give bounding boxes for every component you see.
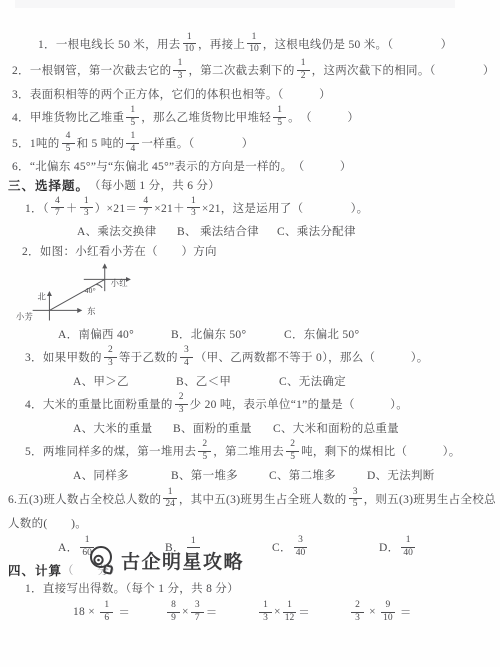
text-segment: 2．如图：小红看小芳在（ ）方向 (22, 243, 217, 259)
watermark-text: 古企明星攻略 (121, 547, 244, 574)
option-item: D．140 (379, 535, 486, 558)
text-segment: A．南偏西 40° (58, 326, 134, 342)
text-segment: 吨，剩下的煤相比（ ）。 (301, 443, 460, 459)
text-segment: 4．甲堆货物比乙堆重 (12, 109, 124, 125)
text-segment: ）×21＝ (95, 200, 138, 216)
text-segment: 三、选择题。 (8, 176, 89, 194)
option-item: B、第一堆多 (171, 467, 269, 483)
text-segment: ，第二堆用去 (213, 443, 284, 459)
judge-question-1: 1．一根电线长 50 米，用去110，再接上110，这根电线仍是 50 米。（ … (38, 30, 500, 57)
fraction: 112 (283, 600, 297, 623)
choice-question-3-options: A、甲＞乙B、乙＜甲C、无法确定 (73, 370, 500, 391)
text-segment: B、 乘法结合律 (177, 223, 259, 239)
text-segment: 3．表面积相等的两个正方体，它们的体积也相等。（ ） (12, 86, 331, 102)
calc-instruction: 1．直接写出得数。（每个 1 分，共 8 分） (25, 579, 500, 597)
option-item: 23 × 910 ＝ (349, 600, 441, 623)
judge-question-5: 5．1吨的45和 5 吨的14一样重。（ ） (12, 130, 500, 156)
text-segment: 5．1吨的 (12, 135, 60, 151)
text-segment: B、面粉的重量 (173, 420, 252, 436)
option-item: 18 × 16 ＝ (73, 600, 165, 623)
option-item: 13×112＝ (257, 600, 349, 623)
fraction: 89 (167, 600, 180, 623)
text-segment: ＝ (397, 604, 412, 620)
text-segment: D、无法判断 (367, 467, 435, 483)
text-segment: 4．大米的重量比面粉重量的 (25, 396, 173, 412)
fraction: 37 (191, 600, 204, 623)
exam-paper-page: 1．一根电线长 50 米，用去110，再接上110，这根电线仍是 50 米。（ … (0, 0, 500, 667)
section-header-calc-line: 四、计算（ 分） 古企明星攻略 (8, 561, 500, 579)
direction-diagram-svg: 北 东 小芳 小红 40° (8, 261, 178, 323)
text-segment: C、乘法分配律 (277, 223, 356, 239)
text-segment: 四、计算 (8, 561, 62, 579)
fraction: 12 (297, 58, 310, 81)
watermark: 古企明星攻略 (88, 544, 244, 576)
option-item: C、大米和面粉的总重量 (273, 420, 399, 436)
text-segment: ×21，这是运用了（ ）。 (202, 200, 369, 216)
text-segment: 6.五(3)班人数占全校总人数的 (8, 491, 161, 507)
text-segment: C． (272, 539, 292, 555)
fraction: 15 (126, 105, 139, 128)
east-label: 东 (87, 306, 96, 316)
text-segment: A、乘法交换律 (77, 223, 156, 239)
text-segment: C、大米和面粉的总重量 (273, 420, 399, 436)
fraction: 23 (104, 345, 117, 368)
option-item: B、 乘法结合律 (177, 223, 277, 239)
fraction: 13 (259, 600, 272, 623)
text-segment: 2．一根钢管，第一次截去它的 (12, 62, 171, 78)
choice-question-5: 5．两堆同样多的煤，第一堆用去25，第二堆用去25吨，剩下的煤相比（ ）。 (25, 438, 500, 464)
option-item: C．340 (272, 535, 379, 558)
option-item: A、甲＞乙 (73, 373, 176, 389)
text-segment: 3．如果甲数的 (25, 349, 102, 365)
fraction: 13 (80, 196, 93, 219)
text-segment: 人数的( )。 (8, 515, 87, 531)
fraction: 25 (198, 439, 211, 462)
text-segment: B．北偏东 50° (171, 326, 246, 342)
text-segment: （甲、乙两数都不等于 0），那么（ ）。 (195, 349, 429, 365)
text-segment: ，那么乙堆货物比甲堆轻 (141, 109, 271, 125)
xiaofang-label: 小芳 (16, 312, 33, 322)
fraction: 25 (286, 439, 299, 462)
text-segment: A、大米的重量 (73, 420, 152, 436)
fraction: 13 (187, 196, 200, 219)
fraction: 13 (173, 58, 186, 81)
choice-question-2: 2．如图：小红看小芳在（ ）方向 (22, 241, 500, 261)
text-segment: × (366, 606, 379, 618)
option-item: C、乘法分配律 (277, 223, 377, 239)
fraction: 16 (100, 600, 113, 623)
mascot-magnifier-icon (88, 544, 118, 576)
text-segment: 一样重。（ ） (141, 135, 253, 151)
fraction: 124 (163, 487, 177, 510)
text-segment: ×21＋ (154, 200, 185, 216)
choice-question-4-options: A、大米的重量B、面粉的重量C、大米和面粉的总重量 (73, 417, 500, 438)
text-segment: 6．“北偏东 45°”与“东偏北 45°”表示的方向是一样的。 （ ） (12, 158, 352, 174)
xiaohong-label: 小红 (111, 278, 129, 288)
text-segment: ，第二次截去剩下的 (188, 62, 294, 78)
judge-question-3: 3．表面积相等的两个正方体，它们的体积也相等。（ ） (12, 83, 500, 104)
option-item: B、乙＜甲 (176, 373, 279, 389)
choice-question-1: 1．（47＋13）×21＝47×21＋13×21，这是运用了（ ）。 (25, 194, 500, 221)
fraction: 340 (294, 535, 308, 558)
text-segment: 。 （ ） (288, 109, 359, 125)
angle-label: 40° (85, 286, 96, 295)
text-segment: A． (58, 539, 78, 555)
option-item: A．南偏西 40° (58, 326, 171, 342)
fraction: 35 (349, 487, 362, 510)
text-segment: 18 × (73, 606, 98, 618)
option-item: A、大米的重量 (73, 420, 173, 436)
text-segment: ＝ (115, 604, 130, 620)
text-segment: A、同样多 (73, 467, 129, 483)
option-item: A、同样多 (73, 467, 171, 483)
text-segment: 等于乙数的 (119, 349, 178, 365)
choice-question-5-options: A、同样多B、第一堆多C、第二堆多D、无法判断 (73, 464, 500, 485)
text-segment: 少 20 吨，表示单位“1”的量是（ ）。 (190, 396, 408, 412)
judge-question-4: 4．甲堆货物比乙堆重15，那么乙堆货物比甲堆轻15。 （ ） (12, 104, 500, 130)
direction-diagram: 北 东 小芳 小红 40° (8, 261, 500, 323)
judge-question-6: 6．“北偏东 45°”与“东偏北 45°”表示的方向是一样的。 （ ） (12, 156, 500, 176)
option-item: 89×37＝ (165, 600, 257, 623)
option-item: B、面粉的重量 (173, 420, 273, 436)
option-item: C、无法确定 (279, 373, 382, 389)
text-segment: B、第一堆多 (171, 467, 238, 483)
fraction: 34 (180, 345, 193, 368)
text-segment: × (274, 606, 281, 618)
choice-question-1-options: A、乘法交换律B、 乘法结合律C、乘法分配律 (77, 221, 500, 241)
text-segment: × (182, 606, 189, 618)
text-segment: C、无法确定 (279, 373, 346, 389)
text-segment: 和 5 吨的 (77, 135, 125, 151)
text-segment: C．东偏北 50° (284, 326, 359, 342)
text-segment: ，这根电线仍是 50 米。（ ） (263, 36, 453, 52)
text-segment: B、乙＜甲 (176, 373, 231, 389)
text-segment: ，其中五(3)班男生占全班人数的 (179, 491, 347, 507)
fraction: 45 (62, 131, 75, 154)
exam-content: 1．一根电线长 50 米，用去110，再接上110，这根电线仍是 50 米。（ … (0, 0, 500, 627)
text-segment: C、第二堆多 (269, 467, 336, 483)
choice-question-4: 4．大米的重量比面粉重量的23少 20 吨，表示单位“1”的量是（ ）。 (25, 391, 500, 417)
calc-exercise-row: 18 × 16 ＝89×37＝13×112＝23 × 910 ＝ (73, 597, 500, 627)
fraction: 910 (381, 600, 395, 623)
choice-question-3: 3．如果甲数的23等于乙数的34（甲、乙两数都不等于 0），那么（ ）。 (25, 344, 500, 370)
choice-question-6-line1: 6.五(3)班人数占全校总人数的124，其中五(3)班男生占全班人数的35，则五… (8, 485, 500, 512)
text-segment: ，再接上 (198, 36, 245, 52)
fraction: 110 (247, 32, 261, 55)
text-segment: ＝ (298, 604, 310, 620)
judge-question-2: 2．一根钢管，第一次截去它的13，第二次截去剩下的12，这两次截下的相同。（ ） (12, 57, 500, 83)
section-header-choice: 三、选择题。（每小题 1 分，共 6 分） (8, 176, 500, 194)
fraction: 110 (183, 32, 197, 55)
option-item: C、第二堆多 (269, 467, 367, 483)
fraction: 15 (273, 105, 286, 128)
option-item: C．东偏北 50° (284, 326, 397, 342)
option-item: D、无法判断 (367, 467, 465, 483)
text-segment: 1．（ (25, 200, 49, 216)
north-label: 北 (37, 292, 46, 302)
text-segment: A、甲＞乙 (73, 373, 129, 389)
text-segment: ，这两次截下的相同。（ ） (312, 62, 495, 78)
choice-question-2-options: A．南偏西 40°B．北偏东 50°C．东偏北 50° (58, 323, 500, 344)
fraction: 23 (175, 392, 188, 415)
text-segment: 1．一根电线长 50 米，用去 (38, 36, 181, 52)
text-segment: ，则五(3)班男生占全校总 (364, 491, 496, 507)
text-segment: ＋ (66, 200, 78, 216)
text-segment: （每小题 1 分，共 6 分） (89, 177, 220, 193)
text-segment: D． (379, 539, 399, 555)
option-item: A、乘法交换律 (77, 223, 177, 239)
fraction: 14 (126, 131, 139, 154)
fraction: 47 (139, 196, 152, 219)
fraction: 47 (51, 196, 64, 219)
text-segment: 5．两堆同样多的煤，第一堆用去 (25, 443, 196, 459)
fraction: 23 (351, 600, 364, 623)
text-segment: ＝ (206, 604, 218, 620)
option-item: B．北偏东 50° (171, 326, 284, 342)
text-segment: 1．直接写出得数。（每个 1 分，共 8 分） (25, 580, 239, 596)
fraction: 140 (401, 535, 415, 558)
angle-arc (96, 284, 102, 287)
choice-question-6-line2: 人数的( )。 (8, 512, 500, 533)
